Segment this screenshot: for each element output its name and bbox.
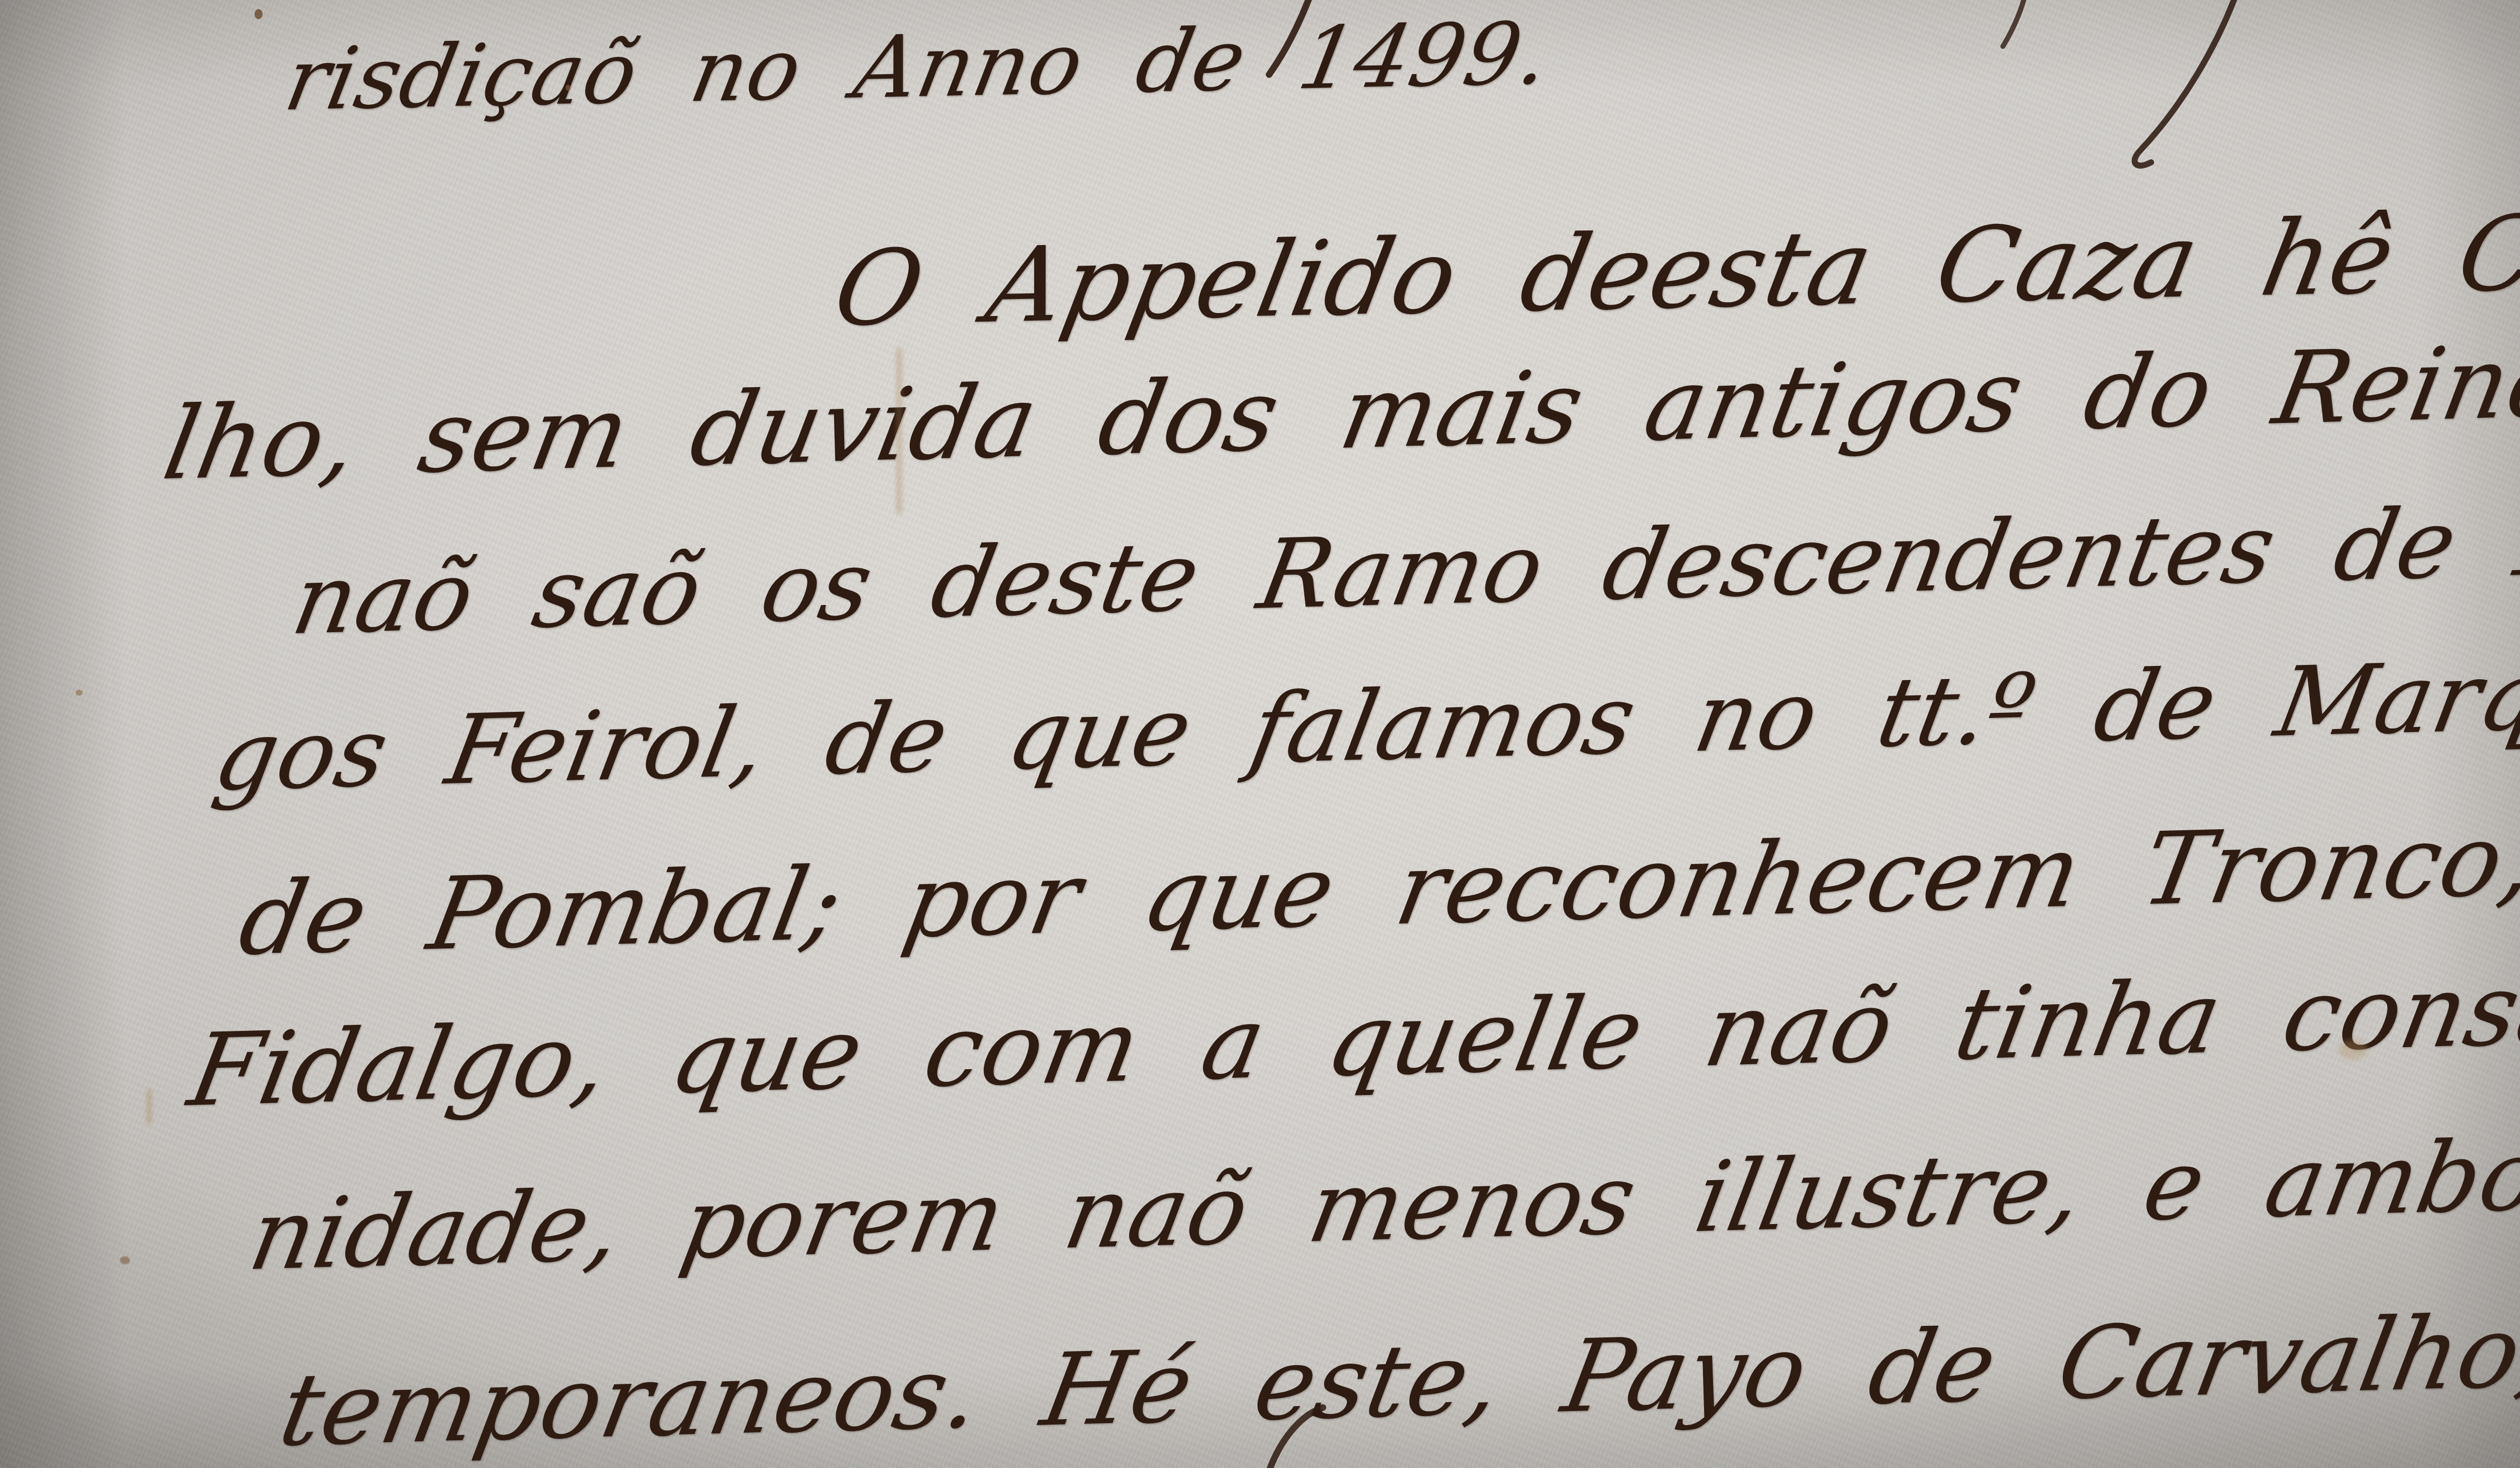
- paper-speck: [565, 85, 571, 91]
- paper-speck: [120, 1256, 130, 1264]
- paper-stain: [2339, 1039, 2368, 1060]
- paper-speck: [255, 9, 263, 19]
- paper-stain: [146, 1089, 152, 1124]
- paper-speck: [76, 690, 83, 696]
- paper-stain: [896, 348, 902, 514]
- manuscript-page: risdiçaõ no Anno de 1499. O Appelido dee…: [0, 0, 2520, 1468]
